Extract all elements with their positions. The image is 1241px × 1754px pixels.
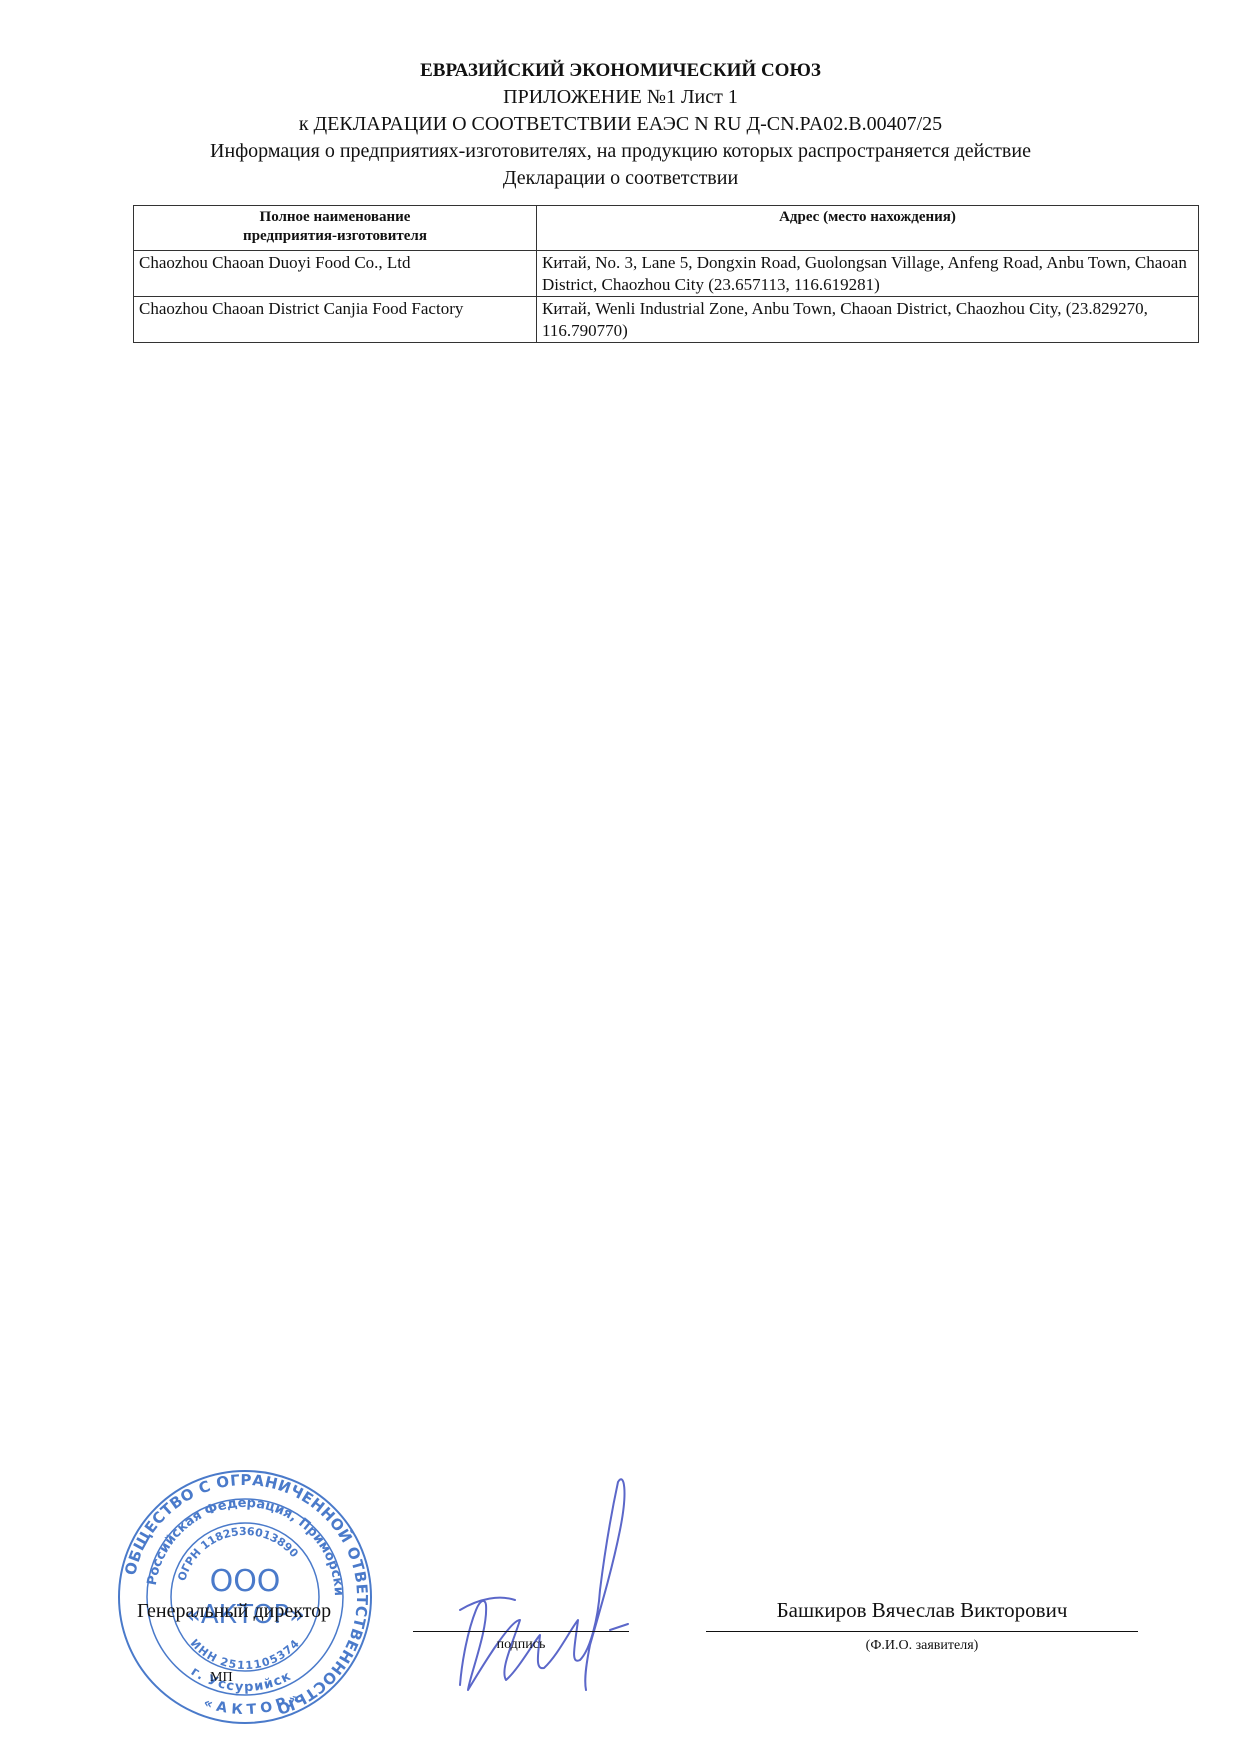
column-header-name-line2: предприятия-изготовителя [243,228,427,244]
declaration-number: к ДЕКЛАРАЦИИ О СООТВЕТСТВИИ ЕАЭС N RU Д-… [0,113,1241,136]
column-header-name-line1: Полное наименование [260,209,411,225]
manufacturer-address: Китай, No. 3, Lane 5, Dongxin Road, Guol… [537,251,1199,297]
stamp-place-label: МП [210,1670,233,1686]
union-title: ЕВРАЗИЙСКИЙ ЭКОНОМИЧЕСКИЙ СОЮЗ [0,60,1241,82]
signature-caption: подпись [413,1637,629,1653]
signer-name-caption: (Ф.И.О. заявителя) [706,1638,1138,1654]
manufacturer-address: Китай, Wenli Industrial Zone, Anbu Town,… [537,297,1199,343]
stamp-center-top: ООО [210,1564,281,1599]
manufacturers-table: Полное наименование предприятия-изготови… [133,205,1199,343]
handwritten-signature-icon [440,1470,650,1740]
signer-role: Генеральный директор [137,1600,331,1623]
table-row: Chaozhou Chaoan Duoyi Food Co., Ltd Кита… [134,251,1199,297]
stamp-inn: ИНН 2511105374 [188,1637,302,1672]
column-header-address-line1: Адрес (место нахождения) [779,209,956,225]
column-header-name: Полное наименование предприятия-изготови… [134,206,537,251]
table-header-row: Полное наименование предприятия-изготови… [134,206,1199,251]
signer-name-line [706,1631,1138,1632]
signer-name: Башкиров Вячеслав Викторович [706,1598,1138,1623]
company-stamp-icon: ОБЩЕСТВО С ОГРАНИЧЕННОЙ ОТВЕТСТВЕННОСТЬЮ… [115,1467,375,1727]
info-line-2: Декларации о соответствии [0,167,1241,190]
column-header-address: Адрес (место нахождения) [537,206,1199,251]
manufacturer-name: Chaozhou Chaoan District Canjia Food Fac… [134,297,537,343]
manufacturer-name: Chaozhou Chaoan Duoyi Food Co., Ltd [134,251,537,297]
signature-line [413,1631,629,1632]
svg-text:ИНН 2511105374: ИНН 2511105374 [188,1637,302,1672]
info-line-1: Информация о предприятиях-изготовителях,… [0,140,1241,163]
table-row: Chaozhou Chaoan District Canjia Food Fac… [134,297,1199,343]
appendix-title: ПРИЛОЖЕНИЕ №1 Лист 1 [0,86,1241,109]
